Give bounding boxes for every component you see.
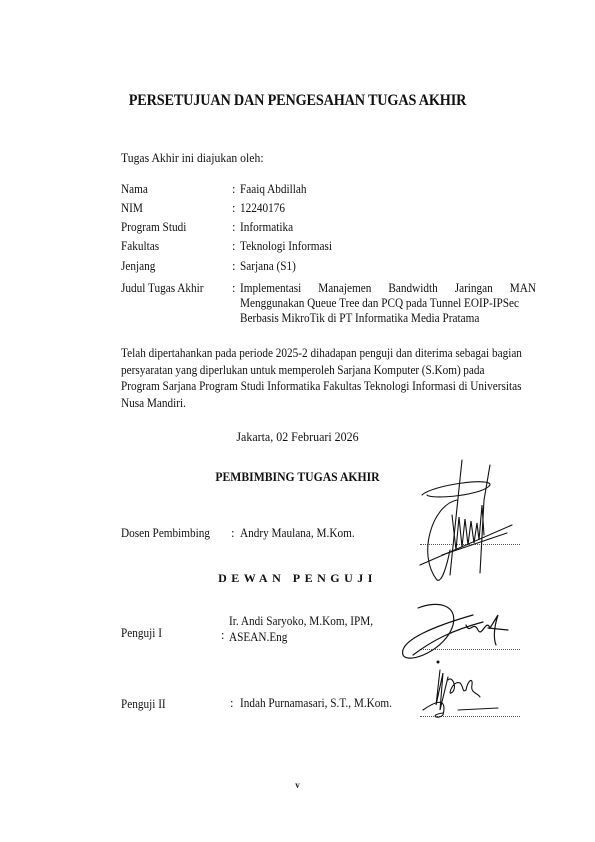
field-separator: : xyxy=(232,259,235,274)
field-separator: : xyxy=(230,696,233,711)
word: pada xyxy=(463,362,484,379)
place-date: Jakarta, 02 Februari 2026 xyxy=(24,429,571,445)
word: memperoleh xyxy=(279,362,335,379)
examiners-heading: DEWAN PENGUJI xyxy=(0,571,595,586)
field-separator: : xyxy=(232,201,235,216)
advisor-name: Andry Maulana, M.Kom. xyxy=(240,526,355,541)
field-separator: : xyxy=(231,526,234,541)
field-separator: : xyxy=(232,182,235,197)
examiner-1-name-line-1: Ir. Andi Saryoko, M.Kom, IPM, xyxy=(229,614,373,629)
field-separator: : xyxy=(232,220,235,235)
word: yang xyxy=(175,362,197,379)
field-label-jenjang: Jenjang xyxy=(121,259,155,274)
field-value-jenjang: Sarjana (S1) xyxy=(240,259,296,274)
advisor-signature xyxy=(412,455,522,585)
paragraph-line: Telah dipertahankan pada periode 2025-2 … xyxy=(121,345,449,362)
field-separator: : xyxy=(232,239,235,254)
document-title: PERSETUJUAN DAN PENGESAHAN TUGAS AKHIR xyxy=(24,92,571,110)
word: untuk xyxy=(250,362,276,379)
judul-line-1: ImplementasiManajemenBandwidthJaringanMA… xyxy=(240,281,536,296)
judul-line-2: Menggunakan Queue Tree dan PCQ pada Tunn… xyxy=(240,296,519,311)
word: MAN xyxy=(510,281,536,296)
field-value-nama: Faaiq Abdillah xyxy=(240,182,307,197)
field-value-judul: ImplementasiManajemenBandwidthJaringanMA… xyxy=(240,281,536,326)
word: persyaratan xyxy=(121,362,173,379)
word: diperlukan xyxy=(200,362,248,379)
paragraph-line: Program Sarjana Program Studi Informatik… xyxy=(121,378,449,395)
field-value-fakultas: Teknologi Informasi xyxy=(240,239,332,254)
field-separator: : xyxy=(232,281,235,296)
intro-text: Tugas Akhir ini diajukan oleh: xyxy=(121,150,264,166)
field-label-program-studi: Program Studi xyxy=(121,220,186,235)
word: (S.Kom) xyxy=(422,362,461,379)
examiner-1-label: Penguji I xyxy=(121,626,162,641)
paragraph-line-justified: persyaratanyangdiperlukanuntukmemperoleh… xyxy=(121,362,485,379)
examiner-2-label: Penguji II xyxy=(121,697,166,712)
field-label-judul: Judul Tugas Akhir xyxy=(121,281,204,296)
examiner-1-signature xyxy=(398,600,528,670)
approval-paragraph: Telah dipertahankan pada periode 2025-2 … xyxy=(121,345,485,411)
page-number: v xyxy=(0,780,595,790)
word: Komputer xyxy=(374,362,420,379)
word: Sarjana xyxy=(337,362,371,379)
advisor-label: Dosen Pembimbing xyxy=(121,526,210,541)
examiner-2-name: Indah Purnamasari, S.T., M.Kom. xyxy=(240,696,392,711)
word: Manajemen xyxy=(318,281,371,296)
examiner-1-name-line-2: ASEAN.Eng xyxy=(229,630,287,645)
paragraph-line: Nusa Mandiri. xyxy=(121,395,449,412)
field-separator: : xyxy=(221,628,224,643)
field-label-nim: NIM xyxy=(121,201,143,216)
field-value-program-studi: Informatika xyxy=(240,220,293,235)
field-label-fakultas: Fakultas xyxy=(121,239,159,254)
word: Bandwidth xyxy=(388,281,437,296)
field-label-nama: Nama xyxy=(121,182,148,197)
judul-line-3: Berbasis MikroTik di PT Informatika Medi… xyxy=(240,311,479,326)
word: Jaringan xyxy=(455,281,493,296)
examiner-2-signature xyxy=(418,665,518,720)
word: Implementasi xyxy=(240,281,301,296)
field-value-nim: 12240176 xyxy=(240,201,285,216)
